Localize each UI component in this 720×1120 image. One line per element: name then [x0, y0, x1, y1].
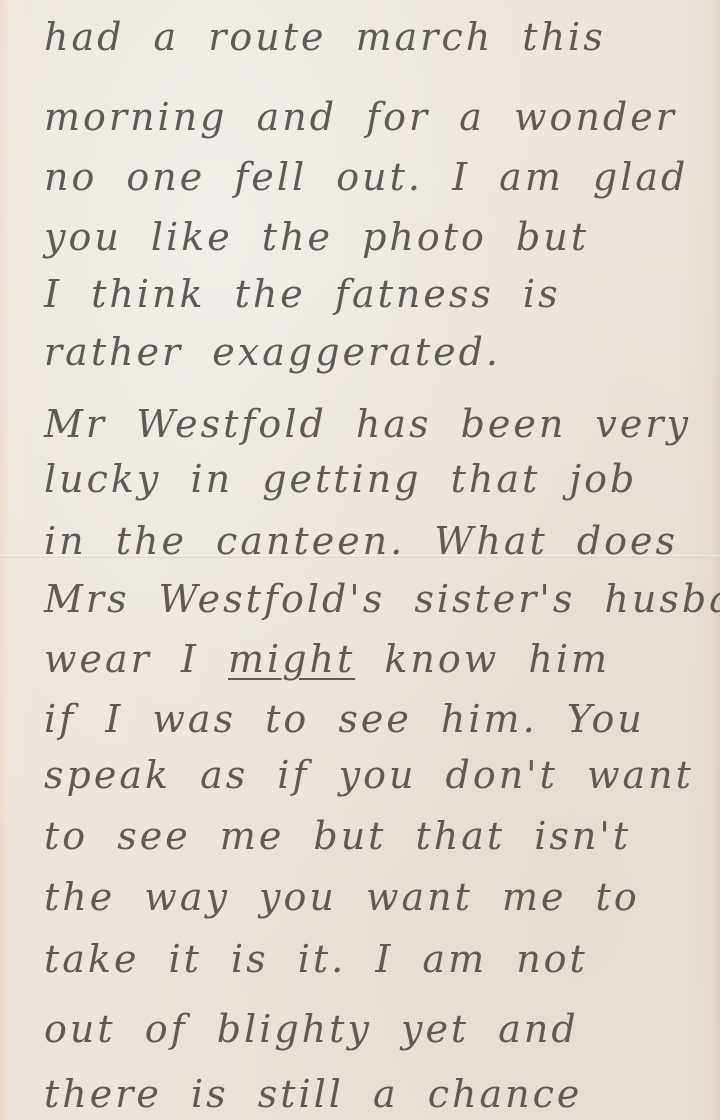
letter-line-18: there is still a chance — [44, 1075, 582, 1113]
letter-line-11: wear I might know him — [44, 640, 610, 678]
letter-line-1: had a route march this — [44, 18, 606, 56]
letter-line-3: no one fell out. I am glad — [44, 158, 688, 196]
letter-page: had a route march this morning and for a… — [0, 0, 720, 1120]
letter-line-7: Mr Westfold has been very — [44, 405, 691, 443]
letter-line-12: if I was to see him. You — [44, 700, 645, 738]
letter-line-8: lucky in getting that job — [44, 460, 637, 498]
letter-line-15: the way you want me to — [44, 878, 640, 916]
letter-line-4: you like the photo but — [44, 218, 589, 256]
letter-line-17: out of blighty yet and — [44, 1010, 579, 1048]
letter-line-5: I think the fatness is — [44, 275, 561, 313]
letter-line-9: in the canteen. What does — [44, 522, 678, 560]
letter-line-6: rather exaggerated. — [44, 333, 501, 371]
letter-line-2: morning and for a wonder — [44, 98, 677, 136]
letter-line-14: to see me but that isn't — [44, 817, 631, 855]
underlined-word-might: might — [228, 637, 355, 681]
letter-line-16: take it is it. I am not — [44, 940, 588, 978]
line-11-prefix: wear I — [44, 637, 228, 681]
letter-line-10: Mrs Westfold's sister's husband — [44, 580, 720, 618]
line-11-suffix: know him — [355, 637, 610, 681]
letter-line-13: speak as if you don't want — [44, 756, 694, 794]
